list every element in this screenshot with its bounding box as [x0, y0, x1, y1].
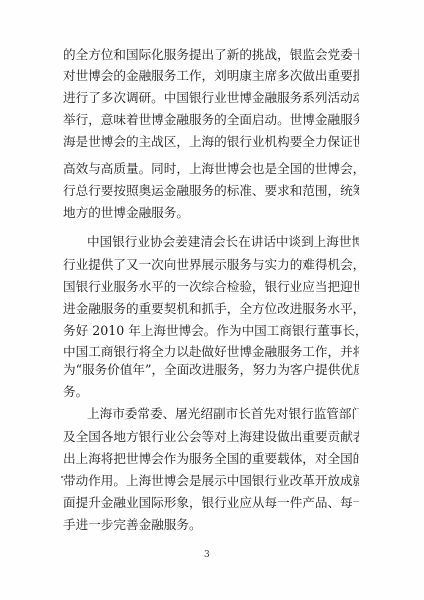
text-line: 务好 2010 年上海世博会。作为中国工商银行董事长，他郑重承诺， [63, 324, 359, 338]
text-line: 面提升金融业国际形象，银行业应从每一件产品、每一个服务细节着 [63, 496, 359, 510]
text-line: 出上海将把世博会作为服务全国的重要载体，对全国的经济发展起到 [63, 452, 359, 466]
text-line: 手进一步完善金融服务。 [63, 518, 359, 532]
document-page: 的全方位和国际化服务提出了新的挑战，银监会党委十分重视银行业对世博会的金融服务工… [0, 0, 424, 600]
text-line: 海是世博会的主战区，上海的银行业机构要全力保证世博会金融服务 [63, 135, 359, 149]
text-line: 带动作用。上海世博会是展示中国银行业改革开放成就的良机，将全 [63, 474, 359, 488]
text-line: 的全方位和国际化服务提出了新的挑战，银监会党委十分重视银行业 [63, 48, 359, 62]
text-line: 进金融服务的重要契机和抓手，全方位改进服务水平，满怀热情地服 [63, 302, 359, 316]
text-line: 及全国各地方银行业公会等对上海建设做出重要贡献表示感谢，并指 [63, 430, 359, 444]
page-number: 3 [204, 550, 210, 560]
text-line: 为“服务价值年”，全面改进服务，努力为客户提供优质、高效的服 [63, 363, 359, 377]
text-line: 行业提供了又一次向世界展示服务与实力的难得机会，同时又是对中 [63, 258, 359, 272]
text-line: 进行了多次调研。中国银行业世博金融服务系列活动动员大会在上海 [63, 91, 359, 105]
text-line: 中国工商银行将全力以赴做好世博金融服务工作，并将 2010 年确立 [63, 345, 359, 359]
text-line: 高效与高质量。同时，上海世博会也是全国的世博会，各主要商业银 [63, 162, 359, 176]
text-line: 上海市委常委、屠光绍副市长首先对银行监管部门、各金融机构 [87, 407, 359, 421]
scan-speck [61, 476, 63, 478]
text-line: 对世博会的金融服务工作，刘明康主席多次做出重要批示，银监会也 [63, 69, 359, 83]
text-line: 国银行业服务水平的一次综合检验，银行业应当把迎世博作为当前改 [63, 280, 359, 294]
text-line: 地方的世博金融服务。 [63, 206, 359, 220]
text-line: 务。 [63, 385, 359, 399]
text-line: 举行，意味着世博金融服务的全面启动。世博金融服务极具挑战，上 [63, 113, 359, 127]
text-line: 中国银行业协会姜建清会长在讲话中谈到上海世博会为我国银 [87, 235, 359, 249]
text-line: 行总行要按照奥运金融服务的标准、要求和范围，统筹做好全国各个 [63, 184, 359, 198]
